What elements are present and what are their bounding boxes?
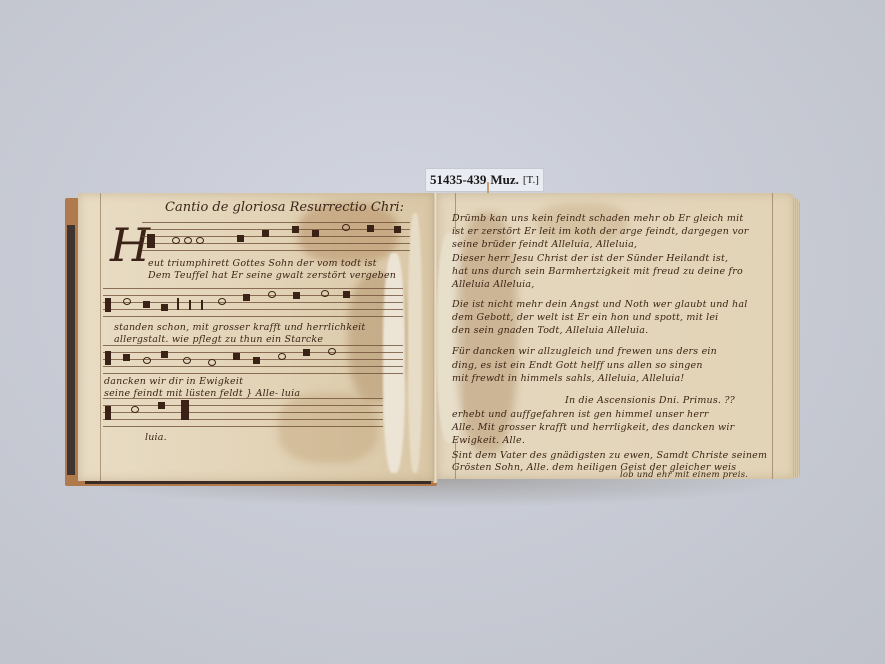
- text-line: lob und ehr mit einem preis.: [620, 470, 748, 480]
- text-line: Dieser herr Jesu Christ der ist der Sünd…: [452, 253, 728, 264]
- lyric-line: dancken wir dir in Ewigkeit: [104, 376, 243, 387]
- margin-rule: [100, 193, 101, 481]
- text-line: den sein gnaden Todt, Alleluia Alleluia.: [452, 325, 648, 336]
- text-line: Alleluia Alleluia,: [452, 279, 534, 290]
- music-staff-1: [142, 222, 410, 256]
- text-line: hat uns durch sein Barmhertzigkeit mit f…: [452, 266, 743, 277]
- lyric-line: eut triumphirett Gottes Sohn der vom tod…: [148, 258, 377, 269]
- book-spine: [67, 225, 75, 475]
- text-line: Sint dem Vater des gnädigsten zu ewen, S…: [452, 450, 767, 461]
- paper-tear: [408, 213, 422, 473]
- music-staff-2: [103, 288, 403, 322]
- lyric-line: standen schon, mit grosser krafft und he…: [114, 322, 365, 333]
- hymn-title: Cantio de gloriosa Resurrectio Chri:: [165, 200, 404, 215]
- text-line: Die ist nicht mehr dein Angst und Noth w…: [452, 299, 747, 310]
- text-line: Ewigkeit. Alle.: [452, 435, 525, 446]
- text-line: ist er zerstört Er leit im koth der arge…: [452, 226, 749, 237]
- lyric-line: luia.: [145, 432, 167, 443]
- text-line: dem Gebott, der welt ist Er ein hon und …: [452, 312, 718, 323]
- music-staff-4: [103, 398, 383, 432]
- lyric-line: Dem Teuffel hat Er seine gwalt zerstört …: [148, 270, 396, 281]
- text-line: Alle. Mit grosser krafft und herrligkeit…: [452, 422, 734, 433]
- margin-rule: [772, 193, 773, 479]
- section-heading: In die Ascensionis Dni. Primus. ??: [565, 395, 735, 406]
- page-edges: [792, 198, 800, 478]
- text-line: mit frewdt in himmels sahls, Alleluia, A…: [452, 373, 684, 384]
- catalog-label: 51435-439 Muz. [T.]: [425, 168, 544, 192]
- catalog-suffix: [T.]: [523, 174, 539, 186]
- text-line: Für dancken wir allzugleich und frewen u…: [452, 346, 717, 357]
- text-line: seine brüder feindt Alleluia, Alleluia,: [452, 239, 637, 250]
- music-staff-3: [103, 345, 403, 379]
- text-line: erhebt und auffgefahren ist gen himmel u…: [452, 409, 709, 420]
- text-line: Drümb kan uns kein feindt schaden mehr o…: [452, 213, 743, 224]
- catalog-number: 51435-439: [430, 172, 486, 188]
- text-line: ding, es ist ein Endt Gott helff uns all…: [452, 360, 703, 371]
- lyric-line: allergstalt. wie pflegt zu thun ein Star…: [114, 334, 323, 345]
- catalog-collection: Muz.: [490, 172, 519, 188]
